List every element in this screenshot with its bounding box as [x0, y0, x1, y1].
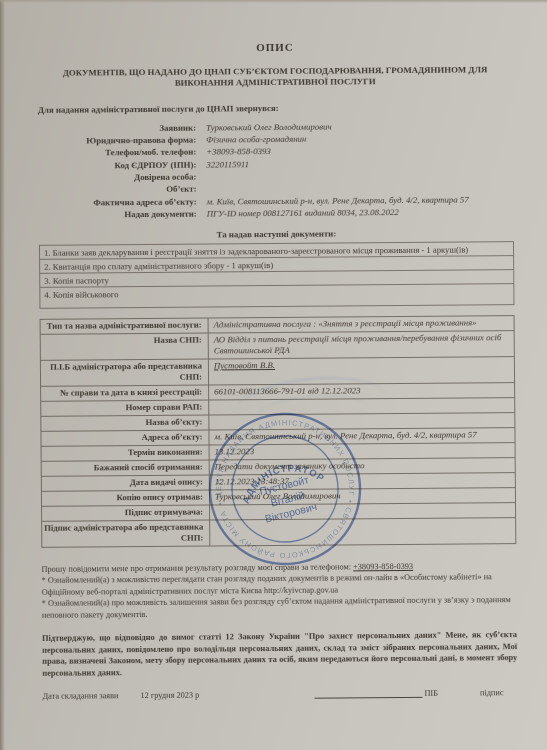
row-label: Назва об’єкту: [41, 415, 209, 430]
date-label: Дата складання заяви [42, 691, 118, 701]
row-label: Підпис отримувача: [42, 505, 210, 520]
signature-label: підпис [480, 688, 504, 697]
row-label: Адреса об’єкту: [41, 430, 209, 445]
row-label: Копію опису отримав: [42, 490, 210, 505]
document-title: ОПИС [37, 40, 512, 56]
field-value: Фізична особа-громадянин [206, 133, 306, 146]
applicant-field-row: Надав документи: ПГУ-ID номер 008127161 … [39, 205, 514, 221]
row-label: Дата видачі опису: [42, 475, 210, 490]
field-label: Надав документи: [39, 208, 197, 222]
row-label: Назва СНП: [41, 333, 209, 359]
row-label: Підпис адміністратора або представника С… [42, 520, 210, 546]
paper-edge-shadow-top [0, 0, 547, 3]
field-value: ПГУ-ID номер 008127161 виданий 8034, 23.… [207, 206, 399, 220]
row-label: П.І.Б адміністратора або представника СН… [41, 359, 209, 385]
row-label: Номер справи РАП: [41, 400, 209, 415]
row-label: Бажаний спосіб отримання: [42, 460, 210, 475]
footer-spacer [199, 699, 314, 700]
table-row: П.І.Б адміністратора або представника СН… [41, 357, 514, 387]
table-row: Назва СНП: АО Відділ з питань реєстрації… [41, 331, 514, 361]
row-label: № справи та дата в книзі реєстрації: [41, 385, 209, 400]
phone-number: +38093-858-0393 [353, 562, 413, 571]
paper-edge-shadow [0, 0, 5, 750]
field-value: м. Київ, Святошинський р-н, вул. Рене Де… [207, 193, 469, 207]
document-sheet: ОПИС ДОКУМЕНТІВ, ЩО НАДАНО ДО ЦНАП СУБ’Є… [0, 0, 547, 750]
row-label: Термін виконання: [42, 445, 210, 460]
row-label: Тип та назва адміністративної послуги: [41, 318, 209, 333]
document-subtitle: ДОКУМЕНТІВ, ЩО НАДАНО ДО ЦНАП СУБ’ЄКТОМ … [46, 64, 505, 90]
field-value: 3220115911 [206, 158, 249, 171]
documents-section-title: Та надав наступні документи: [39, 227, 514, 241]
pib-label: ПІБ [424, 689, 438, 698]
intro-line: Для надання адміністративної послуги до … [38, 101, 513, 115]
row-value: АО Відділ з питань реєстрації місця прож… [209, 331, 514, 358]
signature-blank-line [314, 689, 422, 699]
document-item: 4. Копія військового [40, 284, 513, 307]
footer-row: Дата складання заяви 12 грудня 2023 р ПІ… [42, 688, 517, 701]
field-value: Турковський Олег Володимирович [206, 120, 332, 133]
administrator-name: Пустовойт В.В. [214, 360, 275, 370]
note-line: * Ознайомлений(а) про можливість залишен… [42, 594, 517, 621]
applicant-fields: Заявник: Турковський Олег Володимирович … [38, 119, 514, 221]
document-list: 1. Бланки заяв декларування і реєстрації… [39, 241, 514, 308]
confirmation-paragraph: Підтверджую, що відповідно до вимог стат… [42, 629, 517, 679]
date-value: 12 грудня 2023 р [140, 691, 199, 700]
field-value: +38093-858-0393 [206, 145, 271, 158]
row-value: Адміністративна послуга : «Зняття з реєс… [209, 316, 514, 332]
